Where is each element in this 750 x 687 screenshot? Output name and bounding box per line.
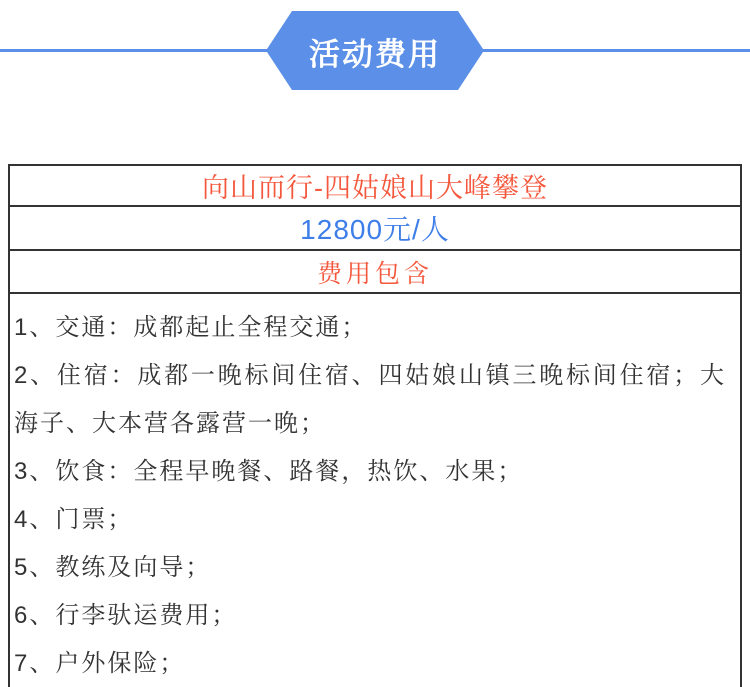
page: 活动费用 向山而行-四姑娘山大峰攀登 12800元/人 费用包含 1、交通：成都…	[0, 0, 750, 687]
fee-item: 2、住宿：成都一晚标间住宿、四姑娘山镇三晚标间住宿；大海子、大本营各露营一晚；	[14, 352, 726, 448]
banner-title: 活动费用	[309, 27, 441, 74]
fee-item: 1、交通：成都起止全程交通；	[14, 304, 726, 352]
fee-item: 4、门票；	[14, 496, 726, 544]
fee-item: 6、行李驮运费用；	[14, 592, 726, 640]
section-banner: 活动费用	[0, 0, 750, 100]
trip-title-row: 向山而行-四姑娘山大峰攀登	[9, 165, 741, 206]
trip-price-row: 12800元/人	[9, 206, 741, 250]
trip-price: 12800元/人	[9, 206, 741, 250]
fee-items-row: 1、交通：成都起止全程交通；2、住宿：成都一晚标间住宿、四姑娘山镇三晚标间住宿；…	[9, 293, 741, 687]
fee-item: 7、户外保险；	[14, 640, 726, 687]
banner-hexagon: 活动费用	[266, 11, 484, 90]
fee-table: 向山而行-四姑娘山大峰攀登 12800元/人 费用包含 1、交通：成都起止全程交…	[8, 164, 742, 687]
fee-include-header: 费用包含	[9, 250, 741, 293]
trip-title: 向山而行-四姑娘山大峰攀登	[9, 165, 741, 206]
fee-include-header-row: 费用包含	[9, 250, 741, 293]
fee-item: 5、教练及向导；	[14, 544, 726, 592]
fee-items-cell: 1、交通：成都起止全程交通；2、住宿：成都一晚标间住宿、四姑娘山镇三晚标间住宿；…	[9, 293, 741, 687]
fee-item: 3、饮食：全程早晚餐、路餐，热饮、水果；	[14, 448, 726, 496]
